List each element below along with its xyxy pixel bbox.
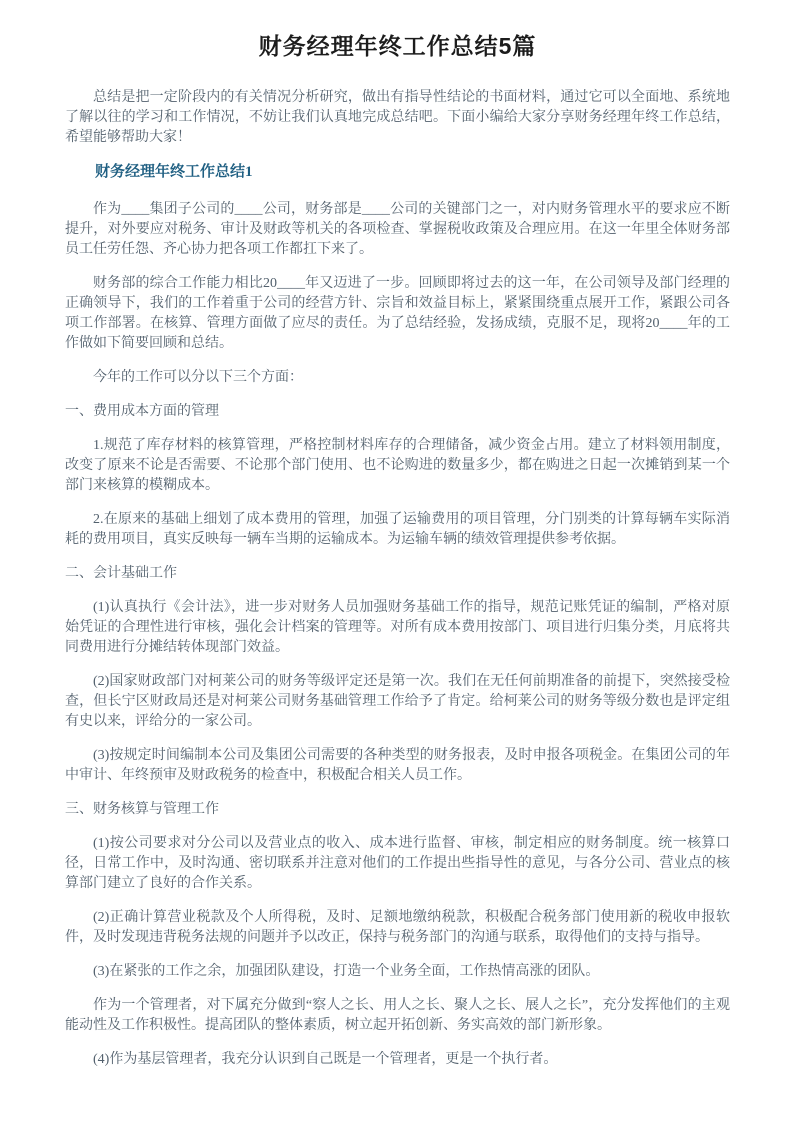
document-paragraph: 1.规范了库存材料的核算管理，严格控制材料库存的合理储备，减少资金占用。建立了材… (65, 436, 730, 496)
document-title: 财务经理年终工作总结5篇 (65, 28, 730, 61)
document-paragraph: 作为一个管理者，对下属充分做到“察人之长、用人之长、聚人之长、展人之长”，充分发… (65, 996, 730, 1036)
document-paragraph: (4)作为基层管理者，我充分认识到自己既是一个管理者，更是一个执行者。 (65, 1050, 730, 1070)
section-heading: 二、会计基础工作 (65, 564, 730, 584)
document-paragraph: 今年的工作可以分以下三个方面： (65, 368, 730, 388)
section-heading: 一、费用成本方面的管理 (65, 402, 730, 422)
document-subtitle: 财务经理年终工作总结1 (65, 162, 730, 182)
document-paragraph: (1)按公司要求对分公司以及营业点的收入、成本进行监督、审核，制定相应的财务制度… (65, 834, 730, 894)
document-paragraph: (3)在紧张的工作之余，加强团队建设，打造一个业务全面，工作热情高涨的团队。 (65, 962, 730, 982)
document-paragraph: (2)国家财政部门对柯莱公司的财务等级评定还是第一次。我们在无任何前期准备的前提… (65, 672, 730, 732)
document-paragraph: 总结是把一定阶段内的有关情况分析研究，做出有指导性结论的书面材料，通过它可以全面… (65, 88, 730, 148)
document-paragraph: (2)正确计算营业税款及个人所得税，及时、足额地缴纳税款，积极配合税务部门使用新… (65, 908, 730, 948)
document-paragraph: (1)认真执行《会计法》，进一步对财务人员加强财务基础工作的指导，规范记账凭证的… (65, 598, 730, 658)
document-paragraph: 财务部的综合工作能力相比20____年又迈进了一步。回顾即将过去的这一年，在公司… (65, 274, 730, 354)
section-heading: 三、财务核算与管理工作 (65, 800, 730, 820)
document-paragraph: 2.在原来的基础上细划了成本费用的管理，加强了运输费用的项目管理，分门别类的计算… (65, 510, 730, 550)
document-paragraph: (3)按规定时间编制本公司及集团公司需要的各种类型的财务报表，及时申报各项税金。… (65, 746, 730, 786)
document-body: 总结是把一定阶段内的有关情况分析研究，做出有指导性结论的书面材料，通过它可以全面… (65, 88, 730, 1070)
document-page: 财务经理年终工作总结5篇 总结是把一定阶段内的有关情况分析研究，做出有指导性结论… (0, 0, 794, 1123)
document-paragraph: 作为____集团子公司的____公司，财务部是____公司的关键部门之一，对内财… (65, 200, 730, 260)
